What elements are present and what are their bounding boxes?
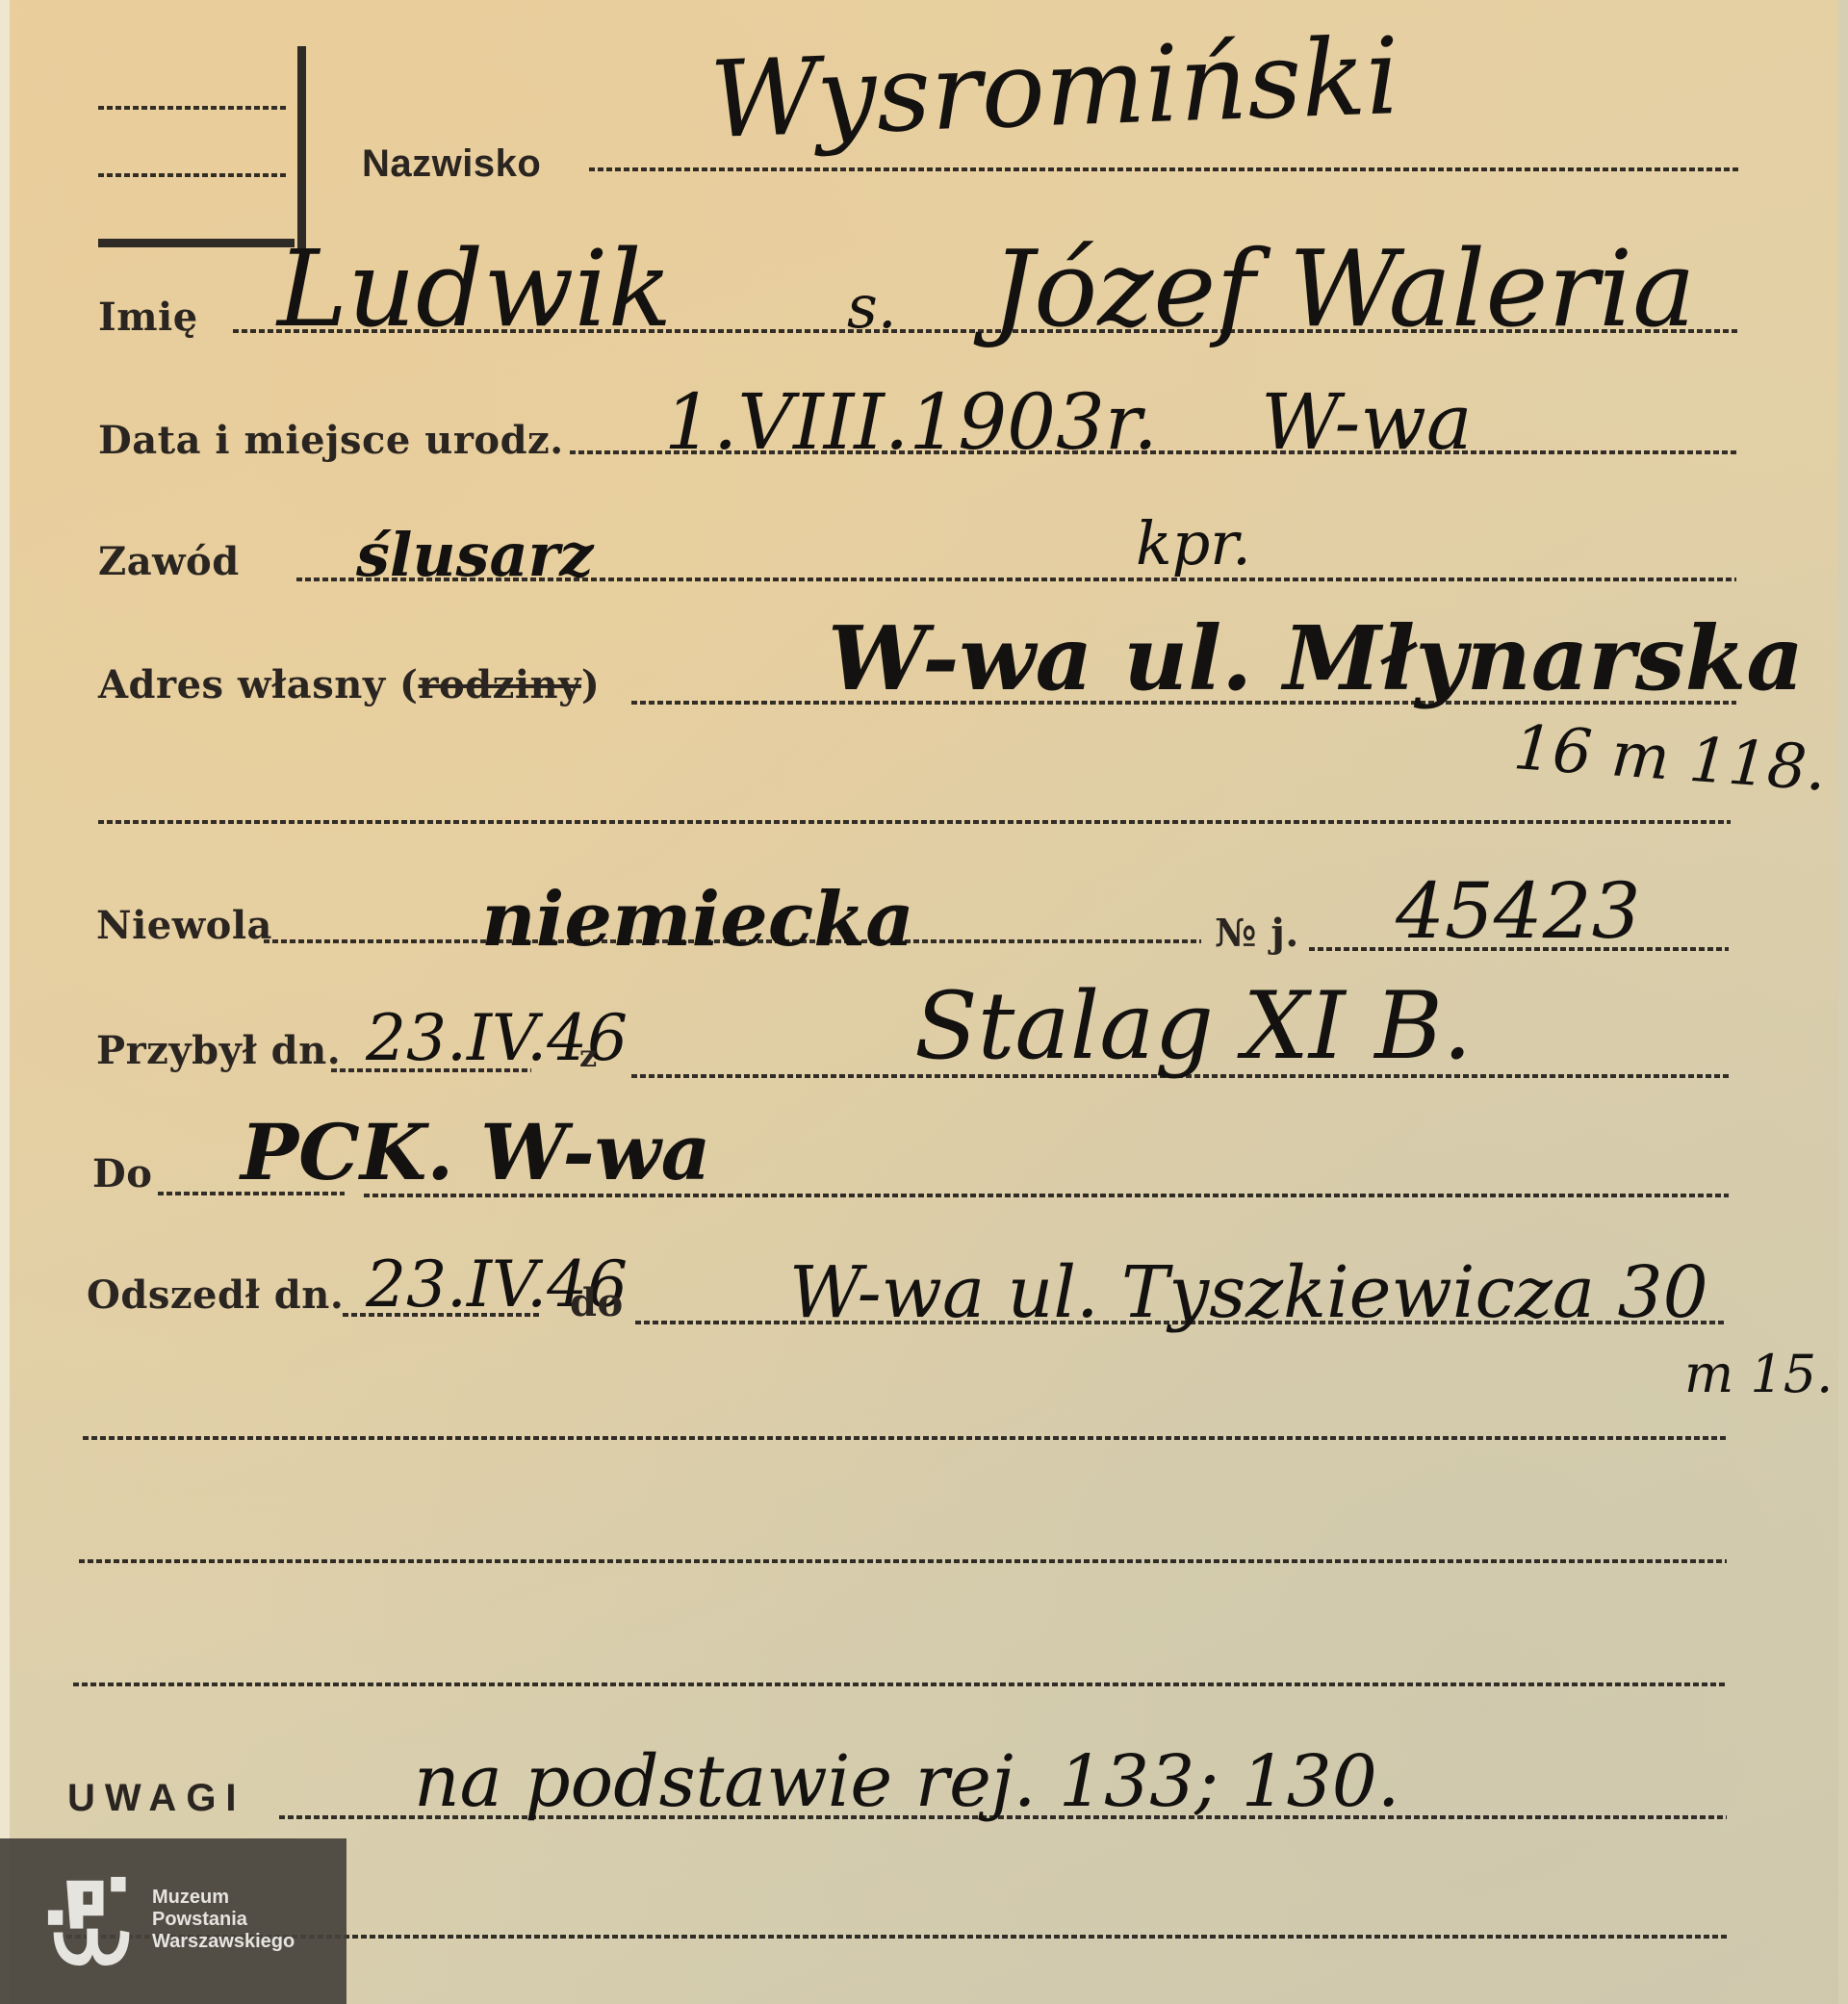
- box-bottom-rule: [98, 239, 295, 247]
- label-adres-struck: rodziny: [418, 662, 580, 707]
- label-urodz: Data i miejsce urodz.: [98, 418, 564, 463]
- line-nazwisko: [589, 167, 1740, 171]
- value-przybyl-from: Stalag XI B.: [914, 972, 1472, 1080]
- line-adres-2: [98, 820, 1731, 824]
- label-przybyl-z: z: [579, 1038, 598, 1074]
- label-odszedl: Odszedł dn.: [87, 1272, 344, 1318]
- blank-line-3: [73, 1683, 1727, 1686]
- value-birth-place: W-wa: [1261, 377, 1473, 467]
- label-do: Do: [92, 1151, 152, 1196]
- value-nazwisko: Wysromiński: [708, 14, 1402, 162]
- label-adres-prefix: Adres własny (: [98, 662, 418, 707]
- museum-watermark: Muzeum Powstania Warszawskiego: [0, 1838, 346, 2004]
- watermark-line-3: Warszawskiego: [152, 1931, 295, 1953]
- box-dotted-line-2: [98, 173, 287, 177]
- value-uwagi: na podstawie rej. 133; 130.: [414, 1740, 1399, 1823]
- value-imie: Ludwik: [277, 227, 672, 350]
- value-odszedl-dest-line2: m 15.: [1684, 1344, 1833, 1404]
- watermark-line-1: Muzeum: [152, 1887, 295, 1909]
- blank-line-2: [79, 1559, 1727, 1563]
- box-dotted-line-1: [98, 106, 287, 110]
- value-birth-date: 1.VIII.1903r.: [664, 377, 1158, 467]
- card-left-edge: [0, 0, 10, 2004]
- box-right-rule: [297, 46, 306, 250]
- value-rank: kpr.: [1136, 508, 1251, 578]
- label-odszedl-do: do: [570, 1280, 624, 1325]
- label-zawod: Zawód: [98, 539, 240, 584]
- card-right-edge: [1838, 0, 1848, 2004]
- watermark-line-2: Powstania: [152, 1909, 295, 1931]
- value-niewola: niemiecka: [481, 876, 914, 963]
- label-adres: Adres własny (rodziny): [98, 662, 600, 707]
- label-imie: Imię: [98, 295, 198, 340]
- value-adres-line2: 16 m 118.: [1511, 712, 1829, 806]
- label-niewola: Niewola: [96, 903, 272, 948]
- label-adres-suffix: ): [581, 662, 600, 707]
- value-do: PCK. W-wa: [241, 1107, 710, 1197]
- watermark-text: Muzeum Powstania Warszawskiego: [152, 1887, 295, 1953]
- kotwica-anchor-icon: [46, 1875, 139, 1967]
- label-nr: № j.: [1215, 911, 1299, 956]
- label-nazwisko: Nazwisko: [362, 142, 541, 186]
- blank-line-1: [83, 1436, 1727, 1440]
- label-uwagi: UWAGI: [67, 1777, 246, 1820]
- value-zawod: ślusarz: [356, 520, 594, 590]
- registration-card: Nazwisko Wysromiński Imię Ludwik s. Józe…: [0, 0, 1848, 2004]
- value-adres-line1: W-wa ul. Młynarska: [828, 606, 1804, 710]
- label-przybyl: Przybył dn.: [96, 1028, 341, 1073]
- value-nr: 45423: [1396, 866, 1641, 956]
- value-odszedl-dest-line1: W-wa ul. Tyszkiewicza 30: [789, 1251, 1708, 1334]
- value-parents: Józef Waleria: [991, 227, 1696, 350]
- value-imie-prefix: s.: [847, 271, 897, 342]
